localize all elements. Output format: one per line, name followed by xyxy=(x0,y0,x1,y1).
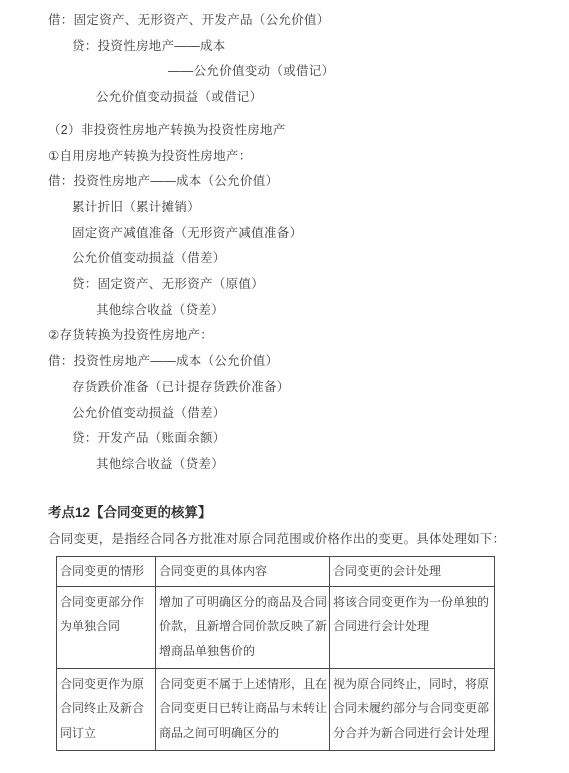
table-header-cell: 合同变更的情形 xyxy=(57,556,156,586)
table-cell: 增加了可明确区分的商品及合同价款，且新增合同价款反映了新增商品单独售价的 xyxy=(156,586,330,668)
entry-line: 贷：开发产品（账面余额） xyxy=(72,426,569,452)
entry-line: 公允价值变动损益（借差） xyxy=(72,246,569,272)
entry-line: 存货跌价准备（已计提存货跌价准备） xyxy=(72,375,569,401)
entry-line: 借：固定资产、无形资产、开发产品（公允价值） xyxy=(48,8,569,34)
entry-line: （2）非投资性房地产转换为投资性房地产 xyxy=(48,118,569,144)
entry-line: 其他综合收益（贷差） xyxy=(96,452,569,478)
section-intro: 合同变更，是指经合同各方批准对原合同范围或价格作出的变更。具体处理如下： xyxy=(48,526,569,553)
table-cell: 合同变更不属于上述情形，且在合同变更日已转让商品与未转让商品之间可明确区分的 xyxy=(156,668,330,750)
entry-line: 贷：投资性房地产——成本 xyxy=(72,34,569,60)
section-heading: 考点12【合同变更的核算】 xyxy=(48,500,569,526)
table-cell: 合同变更作为原合同终止及新合同订立 xyxy=(57,668,156,750)
table-cell: 将该合同变更作为一份单独的合同进行会计处理 xyxy=(330,586,495,668)
table-cell: 合同变更部分作为单独合同 xyxy=(57,586,156,668)
entry-line: 借：投资性房地产——成本（公允价值） xyxy=(48,349,569,375)
table-cell: 视为原合同终止，同时，将原合同未履约部分与合同变更部分合并为新合同进行会计处理 xyxy=(330,668,495,750)
entry-line: 其他综合收益（贷差） xyxy=(96,298,569,324)
table-header-cell: 合同变更的具体内容 xyxy=(156,556,330,586)
table-header-row: 合同变更的情形 合同变更的具体内容 合同变更的会计处理 xyxy=(57,556,495,586)
entry-line: 固定资产减值准备（无形资产减值准备） xyxy=(72,221,569,247)
table-header-cell: 合同变更的会计处理 xyxy=(330,556,495,586)
entry-line: 借：投资性房地产——成本（公允价值） xyxy=(48,169,569,195)
document-page: 借：固定资产、无形资产、开发产品（公允价值） 贷：投资性房地产——成本 ——公允… xyxy=(0,0,569,773)
contract-change-table: 合同变更的情形 合同变更的具体内容 合同变更的会计处理 合同变更部分作为单独合同… xyxy=(56,556,495,751)
entry-line: ——公允价值变动（或借记） xyxy=(168,59,569,85)
entry-line: ①自用房地产转换为投资性房地产： xyxy=(48,144,569,170)
table-row: 合同变更作为原合同终止及新合同订立 合同变更不属于上述情形，且在合同变更日已转让… xyxy=(57,668,495,750)
table-row: 合同变更部分作为单独合同 增加了可明确区分的商品及合同价款，且新增合同价款反映了… xyxy=(57,586,495,668)
entry-line: 公允价值变动损益（或借记） xyxy=(96,85,569,111)
entry-line: ②存货转换为投资性房地产： xyxy=(48,323,569,349)
entry-line: 公允价值变动损益（借差） xyxy=(72,401,569,427)
entry-line: 贷：固定资产、无形资产（原值） xyxy=(72,272,569,298)
entry-line: 累计折旧（累计摊销） xyxy=(72,195,569,221)
